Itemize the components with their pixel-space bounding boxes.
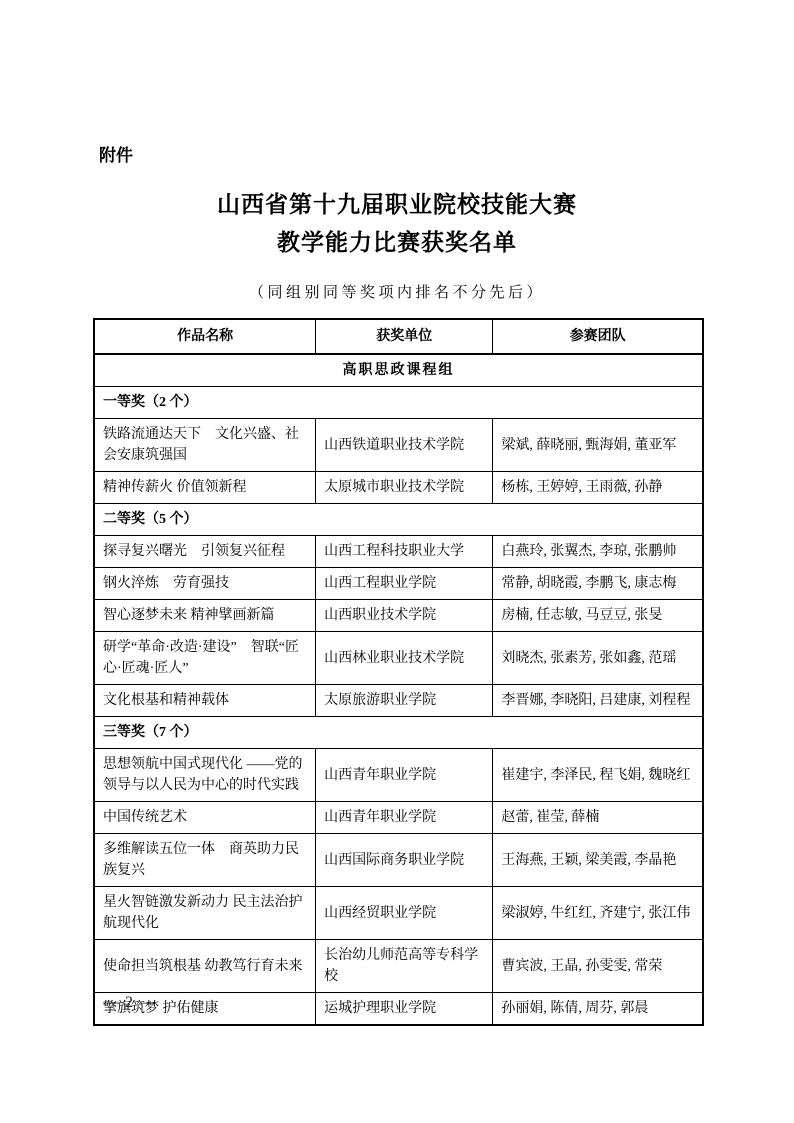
document-title-line2: 教学能力比赛获奖名单 bbox=[0, 224, 794, 262]
table-row: 精神传薪火 价值领新程 太原城市职业技术学院 杨栋, 王婷婷, 王雨薇, 孙静 bbox=[94, 472, 703, 504]
award-tier-label-third: 三等奖（7 个） bbox=[94, 717, 703, 749]
work-title: 思想领航中国式现代化 ——党的领导与以人民为中心的时代实践 bbox=[94, 749, 316, 802]
table-row: 探寻复兴曙光 引领复兴征程 山西工程科技职业大学 白燕玲, 张翼杰, 李琼, 张… bbox=[94, 536, 703, 568]
award-unit: 山西铁道职业技术学院 bbox=[316, 419, 493, 472]
award-unit: 山西工程科技职业大学 bbox=[316, 536, 493, 568]
award-unit: 山西青年职业学院 bbox=[316, 802, 493, 834]
document-title: 山西省第十九届职业院校技能大赛 教学能力比赛获奖名单 bbox=[0, 186, 794, 262]
work-title: 铁路流通达天下 文化兴盛、社会安康筑强国 bbox=[94, 419, 316, 472]
table-row: 研学“革命·改造·建设” 智联“匠心·匠魂·匠人” 山西林业职业技术学院 刘晓杰… bbox=[94, 632, 703, 685]
award-unit: 山西经贸职业学院 bbox=[316, 887, 493, 940]
work-title: 探寻复兴曙光 引领复兴征程 bbox=[94, 536, 316, 568]
team-members: 梁斌, 薛晓丽, 甄海娟, 董亚军 bbox=[493, 419, 703, 472]
team-members: 孙丽娟, 陈倩, 周芬, 郭晨 bbox=[493, 993, 703, 1026]
table-header-row: 作品名称 获奖单位 参赛团队 bbox=[94, 319, 703, 354]
team-members: 崔建宇, 李泽民, 程飞娟, 魏晓红 bbox=[493, 749, 703, 802]
table-row: 擎旗筑梦 护佑健康 运城护理职业学院 孙丽娟, 陈倩, 周芬, 郭晨 bbox=[94, 993, 703, 1026]
table-row: 思想领航中国式现代化 ——党的领导与以人民为中心的时代实践 山西青年职业学院 崔… bbox=[94, 749, 703, 802]
awards-table: 作品名称 获奖单位 参赛团队 高职思政课程组 一等奖（2 个） 铁路流通达天下 … bbox=[93, 318, 704, 1026]
document-subtitle: （同组别同等奖项内排名不分先后） bbox=[0, 281, 794, 302]
column-header-team: 参赛团队 bbox=[493, 319, 703, 354]
column-header-work: 作品名称 bbox=[94, 319, 316, 354]
team-members: 刘晓杰, 张素芳, 张如鑫, 范瑶 bbox=[493, 632, 703, 685]
work-title: 多维解读五位一体 商英助力民族复兴 bbox=[94, 834, 316, 887]
column-header-unit: 获奖单位 bbox=[316, 319, 493, 354]
table-row: 使命担当筑根基 幼教笃行育未来 长治幼儿师范高等专科学校 曹宾波, 王晶, 孙雯… bbox=[94, 940, 703, 993]
award-unit: 山西青年职业学院 bbox=[316, 749, 493, 802]
award-tier-label-second: 二等奖（5 个） bbox=[94, 504, 703, 536]
award-unit: 山西工程职业学院 bbox=[316, 568, 493, 600]
work-title: 使命担当筑根基 幼教笃行育未来 bbox=[94, 940, 316, 993]
award-tier-row: 二等奖（5 个） bbox=[94, 504, 703, 536]
page-number: — 2 — bbox=[103, 994, 156, 1012]
table-row: 钢火淬炼 劳育强技 山西工程职业学院 常静, 胡晓霞, 李鹏飞, 康志梅 bbox=[94, 568, 703, 600]
team-members: 王海燕, 王颖, 梁美霞, 李晶艳 bbox=[493, 834, 703, 887]
work-title: 研学“革命·改造·建设” 智联“匠心·匠魂·匠人” bbox=[94, 632, 316, 685]
awards-table-container: 作品名称 获奖单位 参赛团队 高职思政课程组 一等奖（2 个） 铁路流通达天下 … bbox=[93, 318, 704, 1026]
award-unit: 山西国际商务职业学院 bbox=[316, 834, 493, 887]
group-title-row: 高职思政课程组 bbox=[94, 354, 703, 387]
attachment-label: 附件 bbox=[99, 141, 133, 166]
team-members: 白燕玲, 张翼杰, 李琼, 张鹏帅 bbox=[493, 536, 703, 568]
team-members: 李晋娜, 李晓阳, 吕建康, 刘程程 bbox=[493, 685, 703, 717]
award-unit: 长治幼儿师范高等专科学校 bbox=[316, 940, 493, 993]
table-row: 智心逐梦未来 精神擘画新篇 山西职业技术学院 房楠, 任志敏, 马豆豆, 张旻 bbox=[94, 600, 703, 632]
award-tier-label-first: 一等奖（2 个） bbox=[94, 387, 703, 419]
work-title: 钢火淬炼 劳育强技 bbox=[94, 568, 316, 600]
group-title: 高职思政课程组 bbox=[94, 354, 703, 387]
table-row: 多维解读五位一体 商英助力民族复兴 山西国际商务职业学院 王海燕, 王颖, 梁美… bbox=[94, 834, 703, 887]
award-unit: 太原旅游职业学院 bbox=[316, 685, 493, 717]
document-title-line1: 山西省第十九届职业院校技能大赛 bbox=[0, 186, 794, 224]
table-row: 中国传统艺术 山西青年职业学院 赵蕾, 崔莹, 薛楠 bbox=[94, 802, 703, 834]
award-unit: 太原城市职业技术学院 bbox=[316, 472, 493, 504]
work-title: 星火智链激发新动力 民主法治护航现代化 bbox=[94, 887, 316, 940]
team-members: 常静, 胡晓霞, 李鹏飞, 康志梅 bbox=[493, 568, 703, 600]
table-row: 铁路流通达天下 文化兴盛、社会安康筑强国 山西铁道职业技术学院 梁斌, 薛晓丽,… bbox=[94, 419, 703, 472]
award-tier-row: 三等奖（7 个） bbox=[94, 717, 703, 749]
team-members: 梁淑婷, 牛红红, 齐建宁, 张江伟 bbox=[493, 887, 703, 940]
award-tier-row: 一等奖（2 个） bbox=[94, 387, 703, 419]
table-row: 文化根基和精神载体 太原旅游职业学院 李晋娜, 李晓阳, 吕建康, 刘程程 bbox=[94, 685, 703, 717]
award-unit: 运城护理职业学院 bbox=[316, 993, 493, 1026]
team-members: 杨栋, 王婷婷, 王雨薇, 孙静 bbox=[493, 472, 703, 504]
award-unit: 山西职业技术学院 bbox=[316, 600, 493, 632]
work-title: 智心逐梦未来 精神擘画新篇 bbox=[94, 600, 316, 632]
award-unit: 山西林业职业技术学院 bbox=[316, 632, 493, 685]
team-members: 房楠, 任志敏, 马豆豆, 张旻 bbox=[493, 600, 703, 632]
work-title: 文化根基和精神载体 bbox=[94, 685, 316, 717]
work-title: 中国传统艺术 bbox=[94, 802, 316, 834]
document-page: 附件 山西省第十九届职业院校技能大赛 教学能力比赛获奖名单 （同组别同等奖项内排… bbox=[0, 0, 794, 1123]
table-row: 星火智链激发新动力 民主法治护航现代化 山西经贸职业学院 梁淑婷, 牛红红, 齐… bbox=[94, 887, 703, 940]
work-title: 精神传薪火 价值领新程 bbox=[94, 472, 316, 504]
team-members: 曹宾波, 王晶, 孙雯雯, 常荣 bbox=[493, 940, 703, 993]
team-members: 赵蕾, 崔莹, 薛楠 bbox=[493, 802, 703, 834]
